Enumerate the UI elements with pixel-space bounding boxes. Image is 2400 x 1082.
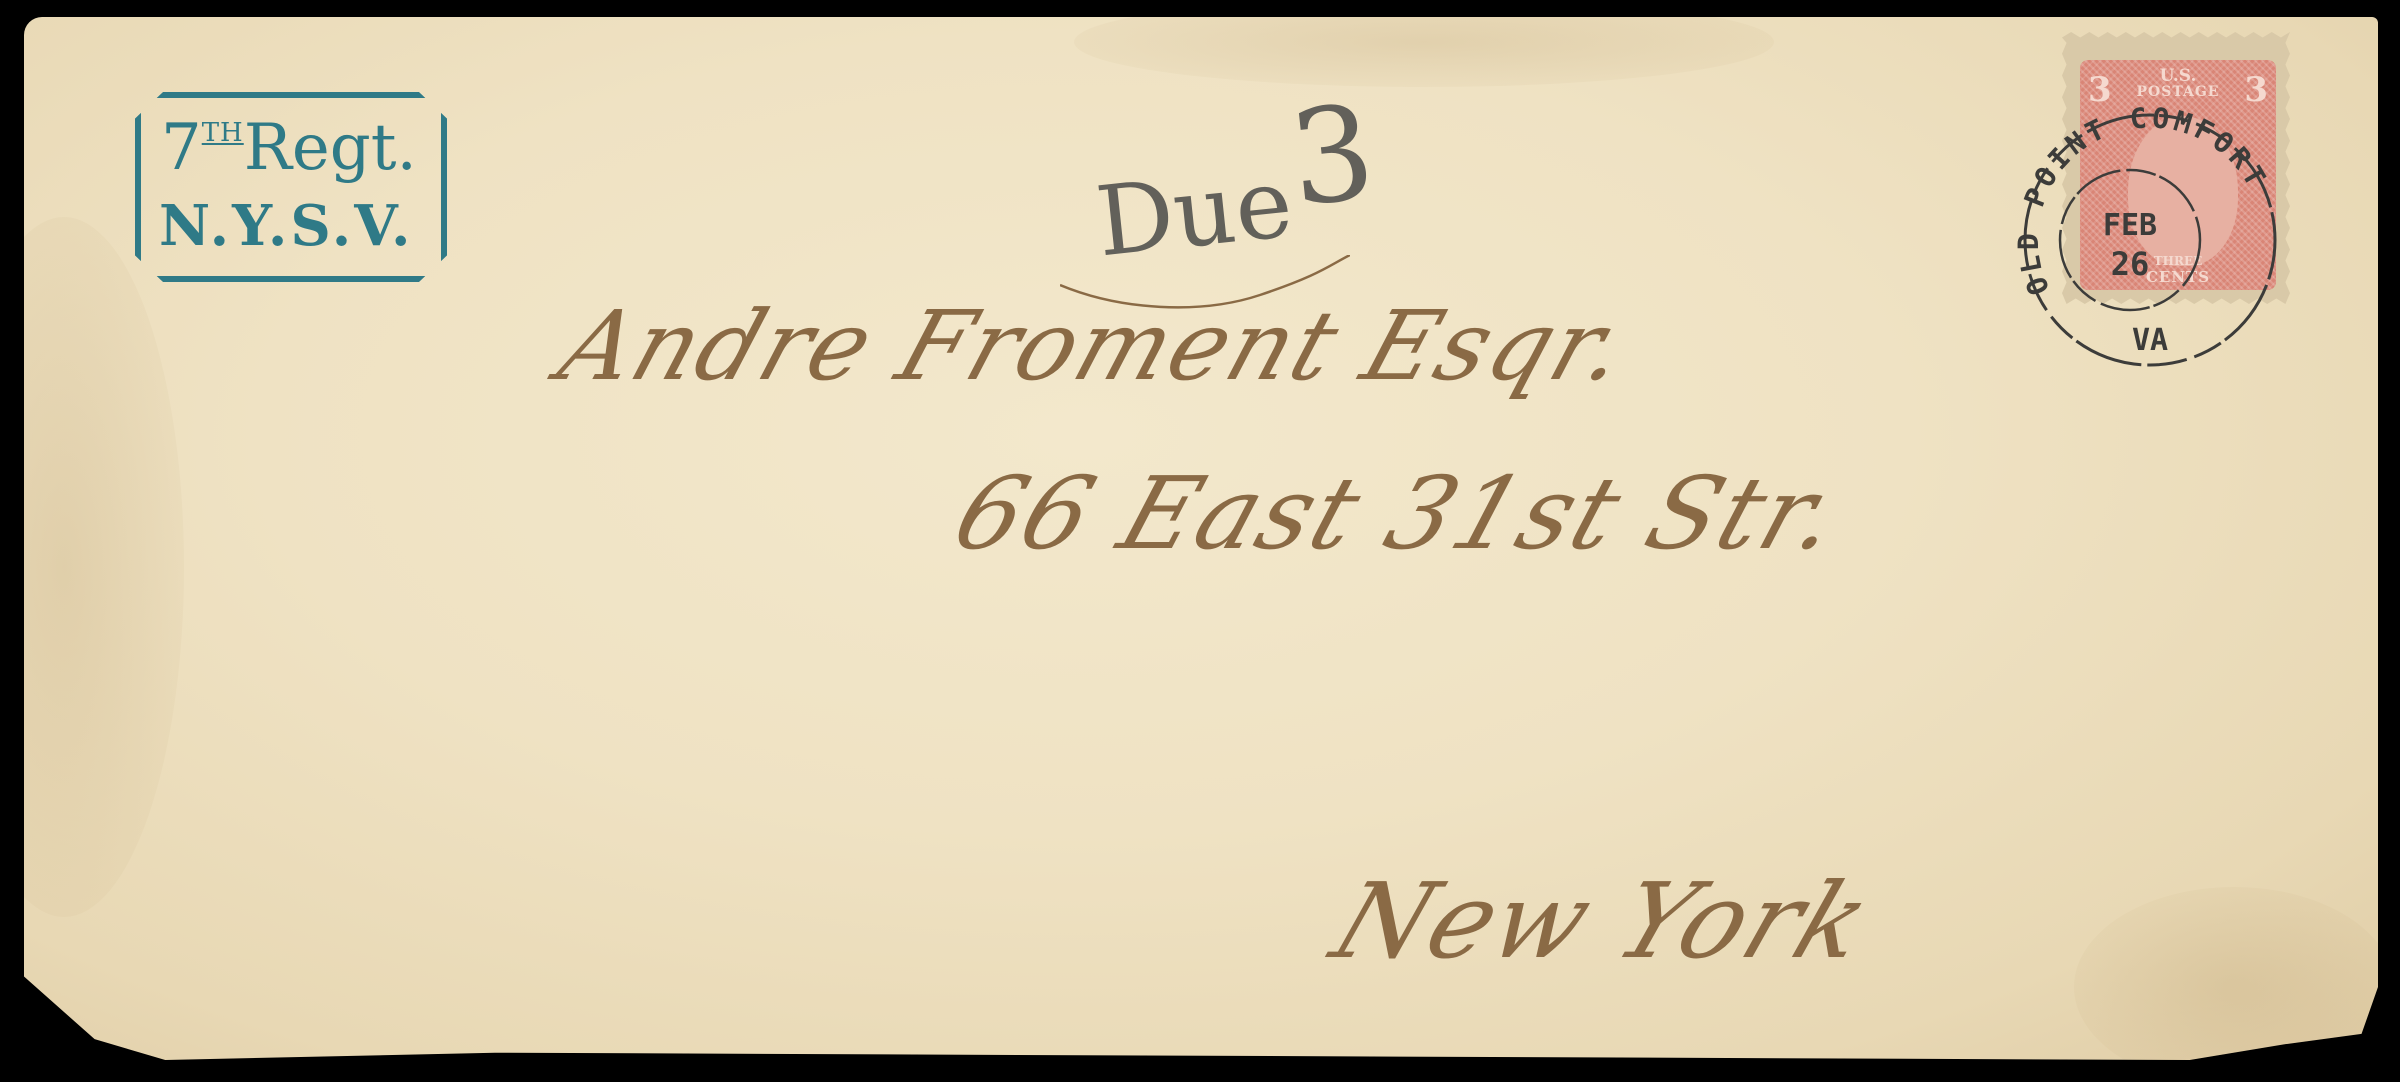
regiment-handstamp: 7THRegt. N.Y.S.V. xyxy=(135,92,447,282)
address-city: New York xyxy=(1318,860,1888,982)
regiment-line-1: 7THRegt. xyxy=(161,116,417,180)
regiment-line-2: N.Y.S.V. xyxy=(159,198,413,254)
regiment-suffix: TH xyxy=(202,118,244,148)
regiment-word: Regt. xyxy=(244,111,417,185)
postmark-state: VA xyxy=(2132,323,2168,358)
postmark-month: FEB xyxy=(2103,208,2157,243)
postmark-cancel: OLD POINT COMFORT FEB 26 VA xyxy=(2000,100,2300,380)
postmark-circle-icon: OLD POINT COMFORT FEB 26 VA xyxy=(2000,100,2300,380)
paper-stain xyxy=(2074,887,2394,1082)
stamp-postage-label: POSTAGE xyxy=(2080,84,2276,100)
paper-stain xyxy=(1074,0,1774,87)
regiment-number: 7 xyxy=(161,111,202,185)
postmark-day: 26 xyxy=(2111,245,2150,283)
stamp-country: U.S. xyxy=(2080,66,2276,86)
due-amount: 3 xyxy=(1283,76,1381,236)
address-name: Andre Froment Esqr. xyxy=(547,290,1643,402)
paper-stain xyxy=(0,217,184,917)
address-street: 66 East 31st Str. xyxy=(941,455,1856,572)
